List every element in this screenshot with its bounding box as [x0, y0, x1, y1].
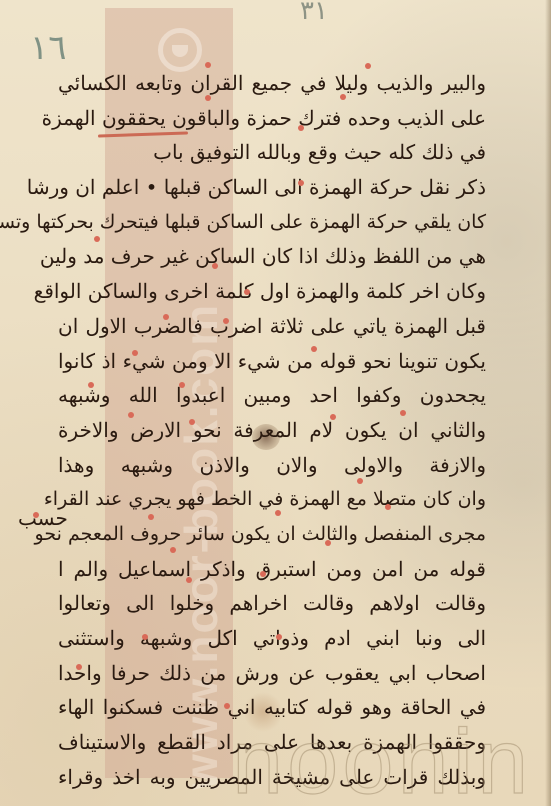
separator-dot [142, 634, 148, 640]
separator-dot [212, 263, 218, 269]
separator-dot [223, 318, 229, 324]
text-line-9: يكون تنوينا نحو قوله من شيء الا ومن شيء … [58, 344, 486, 379]
separator-dot [340, 94, 346, 100]
text-line-8: قبل الهمزة ياتي على ثلاثة اضرب فالضرب ال… [58, 309, 486, 344]
separator-dot [128, 412, 134, 418]
separator-dot [76, 664, 82, 670]
text-line-7: وكان اخر كلمة والهمزة اول كلمة اخرى والس… [58, 274, 486, 309]
text-line-4: ذكر نقل حركة الهمزة الى الساكن قبلها • ا… [58, 170, 486, 205]
separator-dot [298, 125, 304, 131]
separator-dot [163, 314, 169, 320]
text-line-14: مجرى المنفصل والثالث ان يكون سائر حروف ا… [58, 517, 486, 552]
separator-dot [132, 350, 138, 356]
text-line-10: يجحدون وكفوا احد ومبين اعبدوا الله وشبهه [58, 378, 486, 413]
separator-dot [88, 382, 94, 388]
separator-dot [224, 703, 230, 709]
text-line-1: والبير والذيب وليلا في جميع القران وتابع… [58, 66, 486, 101]
text-line-2: على الذيب وحده فترك حمزة والباقون يحققون… [58, 101, 486, 136]
separator-dot [244, 289, 250, 295]
separator-dot [385, 504, 391, 510]
text-line-13: وان كان متصلا مع الهمزة في الخط فهو يجري… [58, 482, 486, 517]
separator-dot [357, 478, 363, 484]
separator-dot [400, 410, 406, 416]
separator-dot [298, 180, 304, 186]
separator-dot [275, 510, 281, 516]
text-line-11: والثاني ان يكون لام المعرفة نحو الارض وا… [58, 413, 486, 448]
separator-dot [330, 414, 336, 420]
separator-dot [189, 419, 195, 425]
text-line-17: الى ونبا ابني ادم وذواتي اكل وشبهه واستث… [58, 621, 486, 656]
folio-number-left: ١٦ [30, 28, 67, 68]
separator-dot [170, 547, 176, 553]
text-line-3-body: في ذلك كله حيث وقع وبالله التوفيق باب [153, 140, 486, 164]
manuscript-text: والبير والذيب وليلا في جميع القران وتابع… [58, 66, 486, 794]
manuscript-page: www.noor-book.com ٣١ ١٦ حسب والبير والذي… [0, 0, 551, 806]
separator-dot [311, 346, 317, 352]
separator-dot [94, 236, 100, 242]
separator-dot [205, 62, 211, 68]
text-line-16: وقالت اولاهم وقالت اخراهم وخلوا الى وتعا… [58, 586, 486, 621]
text-line-12: والازفة والاولى والان والاذن وشبهه وهذا [58, 448, 486, 483]
text-line-5: كان يلقي حركة الهمزة على الساكن قبلها في… [58, 205, 486, 240]
separator-dot [148, 514, 154, 520]
text-line-3: في ذلك كله حيث وقع وبالله التوفيق باب [58, 135, 486, 170]
text-line-15: قوله من امن ومن استبرق واذكر اسماعيل وال… [58, 552, 486, 587]
separator-dot [179, 382, 185, 388]
text-line-18: اصحاب ابي يعقوب عن ورش من ذلك حرفا واحدا [58, 656, 486, 691]
page-edge-shadow [545, 0, 551, 806]
separator-dot [365, 63, 371, 69]
text-line-6: هي من اللفظ وذلك اذا كان الساكن غير حرف … [58, 239, 486, 274]
separator-dot [186, 577, 192, 583]
separator-dot [276, 634, 282, 640]
separator-dot [205, 95, 211, 101]
separator-dot [260, 571, 266, 577]
folio-number-top: ٣١ [300, 0, 328, 26]
separator-dot [325, 540, 331, 546]
watermark-horizontal-text: noonin [232, 716, 532, 806]
